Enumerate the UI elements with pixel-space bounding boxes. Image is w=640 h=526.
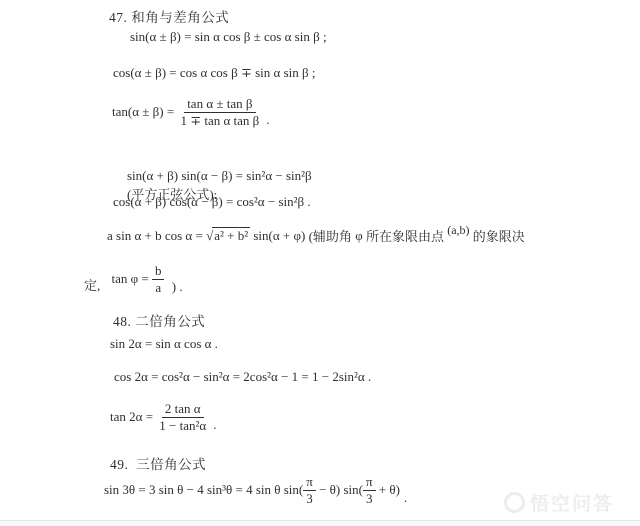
- aux2-pre: 定,: [84, 275, 104, 294]
- formula-sin-sum-difference: sin(α ± β) = sin α cos β ± cos α sin β ;: [130, 29, 327, 45]
- tan2-numerator: 2 tan α: [162, 401, 204, 418]
- formula-auxiliary-angle-tan: 定, tan φ = b a ) .: [84, 263, 183, 295]
- aux-phi: φ: [355, 228, 363, 244]
- formula-sin-triple-angle: sin 3θ = 3 sin θ − 4 sin³θ = 4 sin θ sin…: [104, 474, 407, 506]
- watermark-text: 悟空问答: [530, 489, 614, 516]
- tan-sum-punctuation: .: [266, 112, 269, 128]
- formula-auxiliary-angle: a sin α + b cos α = √ a² + b² sin(α + φ)…: [107, 226, 525, 245]
- tan2-denominator: 1 − tan²α: [156, 418, 209, 434]
- sin3-denominator-2: 3: [363, 491, 376, 507]
- section-47-heading: 47. 和角与差角公式: [109, 6, 229, 26]
- tan-sum-fraction: tan α ± tan β 1 ∓ tan α tan β: [177, 96, 262, 128]
- tan-sum-numerator: tan α ± tan β: [184, 96, 255, 113]
- sin3-post: + θ): [376, 482, 400, 498]
- sin3-numerator-2: π: [363, 474, 376, 491]
- section-49-heading: 49. 三倍角公式: [110, 453, 206, 473]
- formula-tan-sum-difference: tan(α ± β) = tan α ± tan β 1 ∓ tan α tan…: [112, 96, 270, 128]
- aux2-fraction: b a: [152, 263, 165, 295]
- aux-lhs: a sin α + b cos α =: [107, 228, 206, 244]
- aux2-punctuation: ) .: [168, 279, 182, 295]
- formula-cos-double-angle: cos 2α = cos²α − sin²α = 2cos²α − 1 = 1 …: [114, 369, 371, 385]
- aux2-tan-lhs: tan φ =: [112, 271, 152, 287]
- aux-point-ab: (a,b): [447, 223, 469, 238]
- formula-cos-product: cos(α + β) cos(α − β) = cos²α − sin²β .: [113, 194, 311, 210]
- sin3-punctuation: .: [404, 490, 407, 506]
- sin3-pi-over-3-first: π 3: [303, 474, 316, 506]
- aux-note-open: (辅助角: [309, 226, 356, 245]
- sin3-numerator-1: π: [303, 474, 316, 491]
- sin3-denominator-1: 3: [303, 491, 316, 507]
- aux-radicand: a² + b²: [212, 227, 250, 244]
- tan2-lhs: tan 2α =: [110, 409, 156, 425]
- tan-sum-denominator: 1 ∓ tan α tan β: [177, 113, 262, 129]
- aux-note-end: 的象限决: [470, 226, 525, 245]
- aux2-numerator: b: [152, 263, 165, 280]
- aux-mid: sin(α + φ): [250, 228, 308, 244]
- tan2-fraction: 2 tan α 1 − tan²α: [156, 401, 209, 433]
- sin3-mid: − θ) sin(: [316, 482, 363, 498]
- tan-sum-lhs: tan(α ± β) =: [112, 104, 177, 120]
- tan2-punctuation: .: [213, 417, 216, 433]
- watermark: 悟空问答: [504, 489, 614, 516]
- sin3-pi-over-3-second: π 3: [363, 474, 376, 506]
- section-48-heading: 48. 二倍角公式: [113, 310, 205, 330]
- aux2-denominator: a: [152, 280, 164, 296]
- formula-tan-double-angle: tan 2α = 2 tan α 1 − tan²α .: [110, 401, 216, 433]
- sin3-pre: sin 3θ = 3 sin θ − 4 sin³θ = 4 sin θ sin…: [104, 482, 303, 498]
- formula-sheet-page: 47. 和角与差角公式 sin(α ± β) = sin α cos β ± c…: [0, 0, 640, 526]
- aux-note-mid: 所在象限由点: [363, 226, 448, 245]
- wukong-logo-icon: [504, 492, 525, 513]
- bottom-edge-strip: [0, 520, 640, 526]
- sin-product-formula: sin(α + β) sin(α − β) = sin²α − sin²β: [127, 168, 315, 183]
- formula-sin-double-angle: sin 2α = sin α cos α .: [110, 336, 218, 352]
- formula-cos-sum-difference: cos(α ± β) = cos α cos β ∓ sin α sin β ;: [113, 65, 315, 81]
